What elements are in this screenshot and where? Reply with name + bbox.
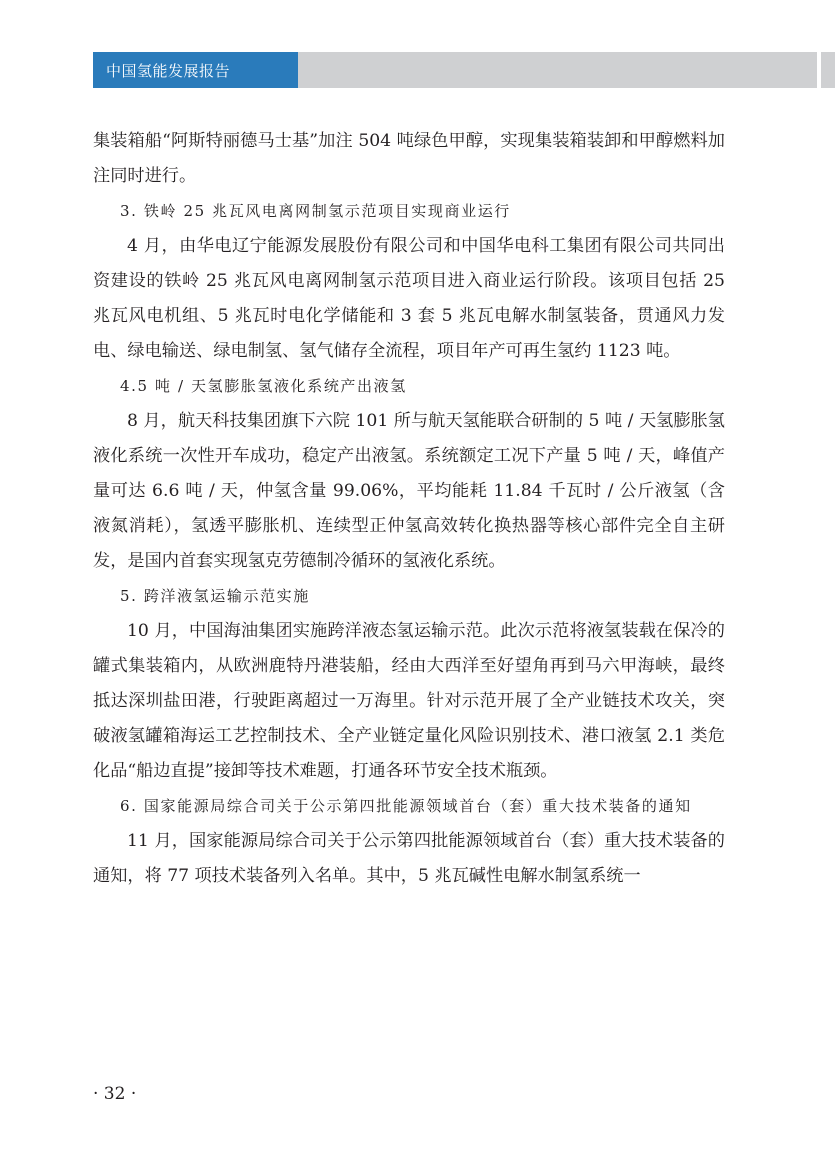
report-title: 中国氢能发展报告: [106, 60, 230, 81]
running-header: 中国氢能发展报告: [93, 52, 835, 88]
section-heading-5: 5. 跨洋液氢运输示范实施: [93, 579, 725, 614]
header-title-box: 中国氢能发展报告: [93, 52, 298, 88]
paragraph-ocean-transport: 10 月，中国海油集团实施跨洋液态氢运输示范。此次示范将液氢装载在保冷的罐式集装…: [93, 614, 725, 789]
header-edge-tab: [821, 52, 835, 88]
paragraph-tieling-project: 4 月，由华电辽宁能源发展股份有限公司和中国华电科工集团有限公司共同出资建设的铁…: [93, 229, 725, 369]
section-heading-3: 3. 铁岭 25 兆瓦风电离网制氢示范项目实现商业运行: [93, 194, 725, 229]
paragraph-nea-notice: 11 月，国家能源局综合司关于公示第四批能源领域首台（套）重大技术装备的通知，将…: [93, 824, 725, 894]
page-number: · 32 ·: [93, 1084, 136, 1104]
paragraph-liquefaction-system: 8 月，航天科技集团旗下六院 101 所与航天氢能联合研制的 5 吨 / 天氢膨…: [93, 404, 725, 579]
section-heading-6: 6. 国家能源局综合司关于公示第四批能源领域首台（套）重大技术装备的通知: [93, 789, 725, 824]
section-heading-4: 4.5 吨 / 天氢膨胀氢液化系统产出液氢: [93, 369, 725, 404]
page-body: 集装箱船“阿斯特丽德马士基”加注 504 吨绿色甲醇，实现集装箱装卸和甲醇燃料加…: [93, 124, 725, 894]
header-bar: [298, 52, 817, 88]
paragraph-methanol-bunkering: 集装箱船“阿斯特丽德马士基”加注 504 吨绿色甲醇，实现集装箱装卸和甲醇燃料加…: [93, 124, 725, 194]
